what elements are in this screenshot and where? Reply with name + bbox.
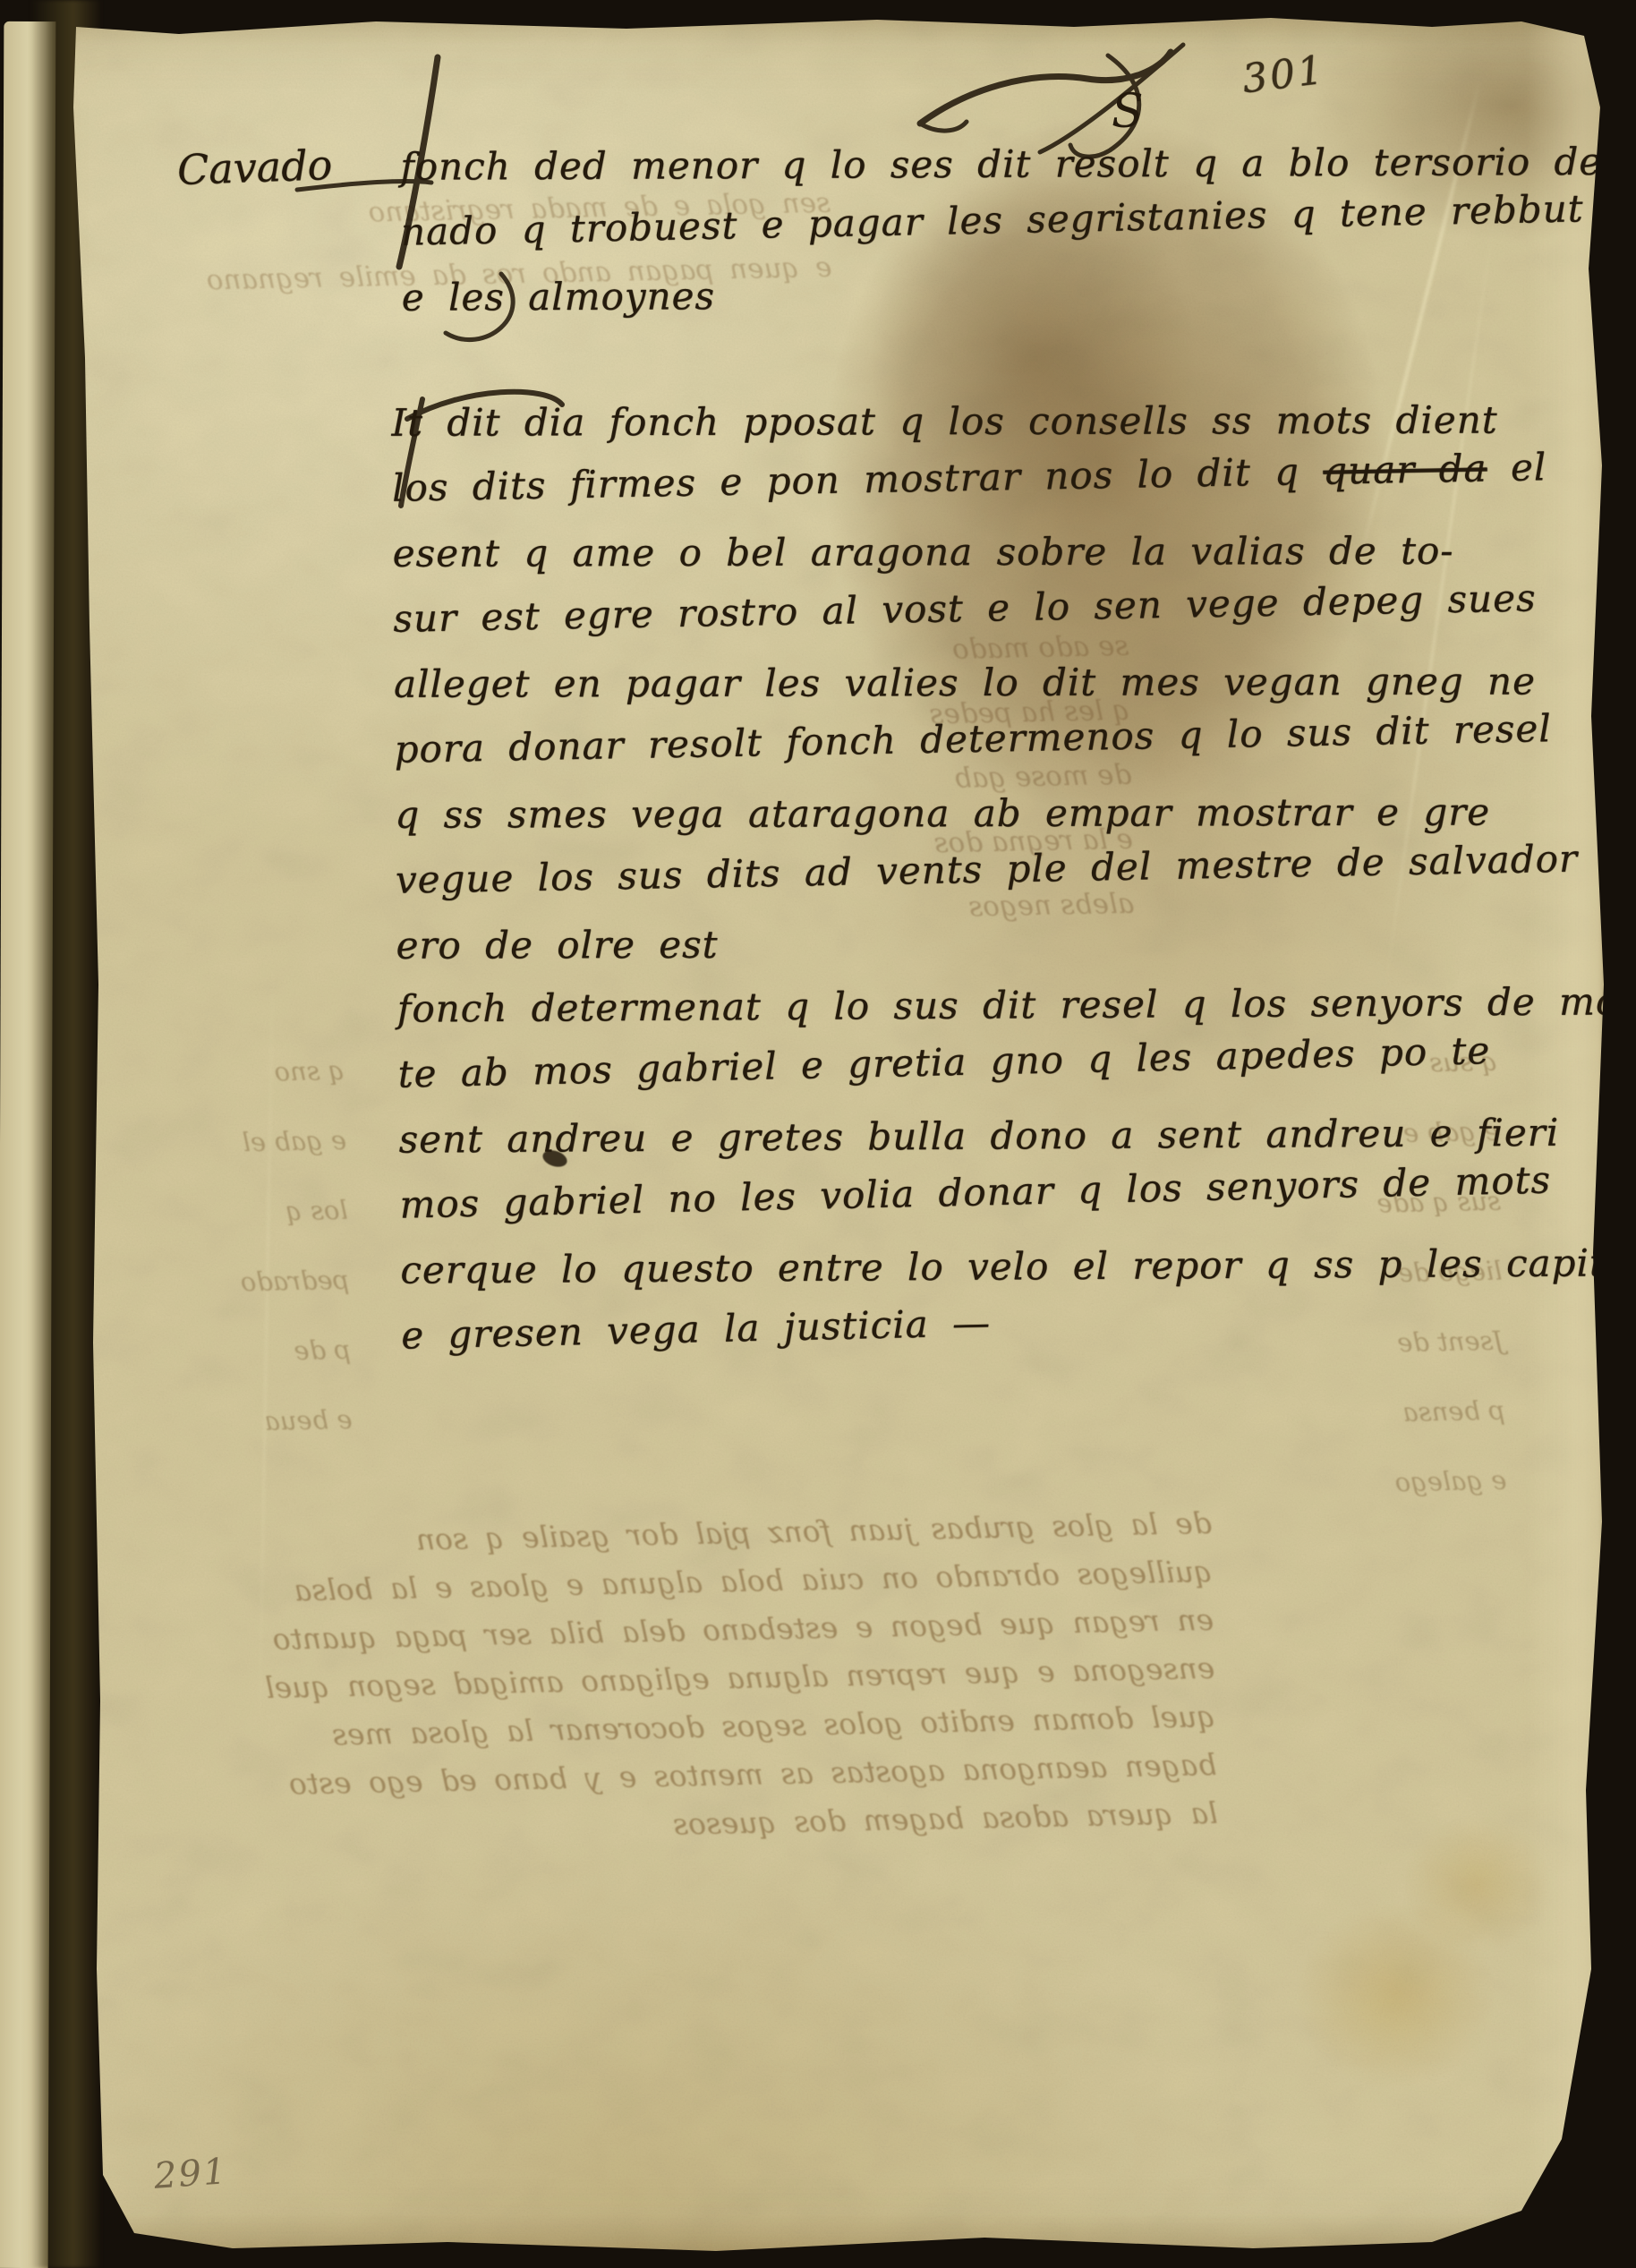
paragraph-2: It dit dia fonch pposat q los consells s…: [391, 379, 1579, 978]
manuscript-page: sen gola e de mada regristano e quen pag…: [0, 0, 1636, 2268]
bleedthrough-block-bottom: de la glos grubas juan fonz pjal dor gsa…: [261, 1499, 1218, 1857]
folio-number-ink: 301: [1240, 47, 1328, 103]
line-text: los dits firmes e pon mostrar nos lo dit…: [392, 449, 1324, 510]
bleedthrough-line: e beua: [243, 1385, 353, 1457]
paragraph-1: fonch ded menor q lo ses dit resolt q a …: [400, 120, 1636, 329]
paragraph-3: fonch determenat q lo sus dit resel q lo…: [396, 960, 1636, 1368]
bleedthrough-line: q sno: [235, 1036, 345, 1108]
folio-number-pencil: 291: [152, 2151, 228, 2197]
bleedthrough-line: p de: [242, 1315, 352, 1387]
bleedthrough-line: e gab el: [237, 1105, 347, 1178]
bleedthrough-left-margin: q sno e gab el los q pedrado p de e beua: [235, 1036, 353, 1456]
strikethrough-word: quar da: [1323, 446, 1487, 492]
bleedthrough-line: pedrado: [240, 1245, 350, 1317]
manuscript-line: e les almoynes: [402, 259, 1636, 329]
line-text: el: [1487, 445, 1547, 490]
bleedthrough-line: p bensa: [1380, 1376, 1505, 1448]
margin-note: Cavado: [176, 141, 333, 194]
bleedthrough-line: e galego: [1382, 1445, 1507, 1518]
bleedthrough-line: los q: [238, 1175, 348, 1248]
